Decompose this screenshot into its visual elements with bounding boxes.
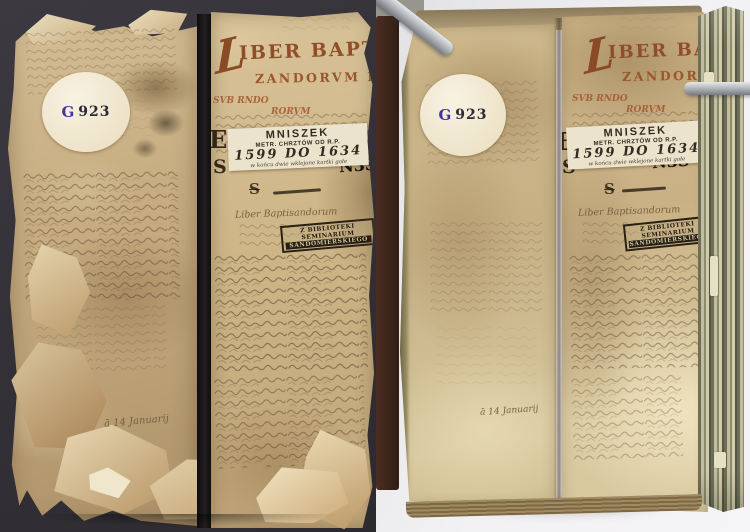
handwriting-block: [620, 14, 680, 30]
archival-label: MNISZEK METR. CHRZTÓW OD R.P. 1599 DO 16…: [227, 123, 369, 171]
bleedthrough-letter-e: E: [211, 128, 227, 152]
title-subline2: RORVM: [626, 105, 665, 115]
table-edge-strip: [376, 16, 399, 490]
repair-tissue-chip: [710, 256, 718, 296]
title-subline1: SVB RNDO: [572, 94, 628, 104]
handwriting-block: [436, 324, 536, 384]
spine-gap: [197, 14, 211, 528]
shelfmark-number: 923: [455, 107, 487, 123]
crossed-out-word: [273, 188, 321, 194]
spatula-right: [684, 82, 750, 95]
handwriting-block: [569, 251, 703, 369]
title-line1: IBER BAPT: [608, 38, 708, 64]
shelfmark-sticker: G 923: [420, 74, 506, 156]
library-stamp: Z BIBLIOTEKI SEMINARIUM SANDOMIERSKIEGO: [623, 215, 708, 251]
title-subline2: RORVM: [271, 107, 310, 117]
crossed-out-word: [622, 186, 666, 192]
struck-letter-s: S: [604, 180, 615, 198]
shelfmark-sticker: G 923: [42, 72, 130, 152]
struck-letter-s: S: [249, 180, 260, 198]
handwriting-block: [430, 220, 542, 316]
archival-label: MNISZEK METR. CHRZTÓW OD R.P. 1599 DO 16…: [566, 120, 706, 169]
title-line1: IBER BAPT: [239, 38, 374, 65]
photo-before-conservation: G 923 ā 14 Januarij L IBER BAPT ZANDORVM…: [0, 0, 376, 532]
handwriting-block: [281, 14, 351, 30]
cursive-liber-line: Liber Baptisandorum: [578, 204, 681, 219]
photo-after-conservation: G 923 ā 14 Januarij L IBER BAPT ZANDORVM…: [376, 0, 750, 532]
conservation-comparison-photo: G 923 ā 14 Januarij L IBER BAPT ZANDORVM…: [0, 0, 750, 532]
left-page-restored: G 923 ā 14 Januarij: [400, 24, 556, 506]
handwriting-block: [571, 372, 684, 460]
cursive-liber-line: Liber Baptisandorum: [235, 206, 338, 221]
shelfmark-letter: G: [438, 106, 451, 124]
library-stamp: Z BIBLIOTEKI SEMINARIUM SANDOMIERSKIEGO: [280, 218, 374, 253]
cover-board-edge: [400, 24, 410, 506]
handwriting-block: [214, 251, 368, 372]
shelfmark-number: 923: [78, 104, 110, 120]
repair-tissue-chip: [714, 452, 726, 468]
shelfmark-letter: G: [61, 103, 74, 121]
title-subline1: SVB RNDO: [213, 96, 269, 106]
bleedthrough-letter-s: S: [213, 158, 227, 177]
cursive-date-note: ā 14 Januarij: [480, 404, 539, 418]
book-shadow: [30, 514, 340, 526]
title-line2: ZANDORVM R: [255, 69, 374, 86]
